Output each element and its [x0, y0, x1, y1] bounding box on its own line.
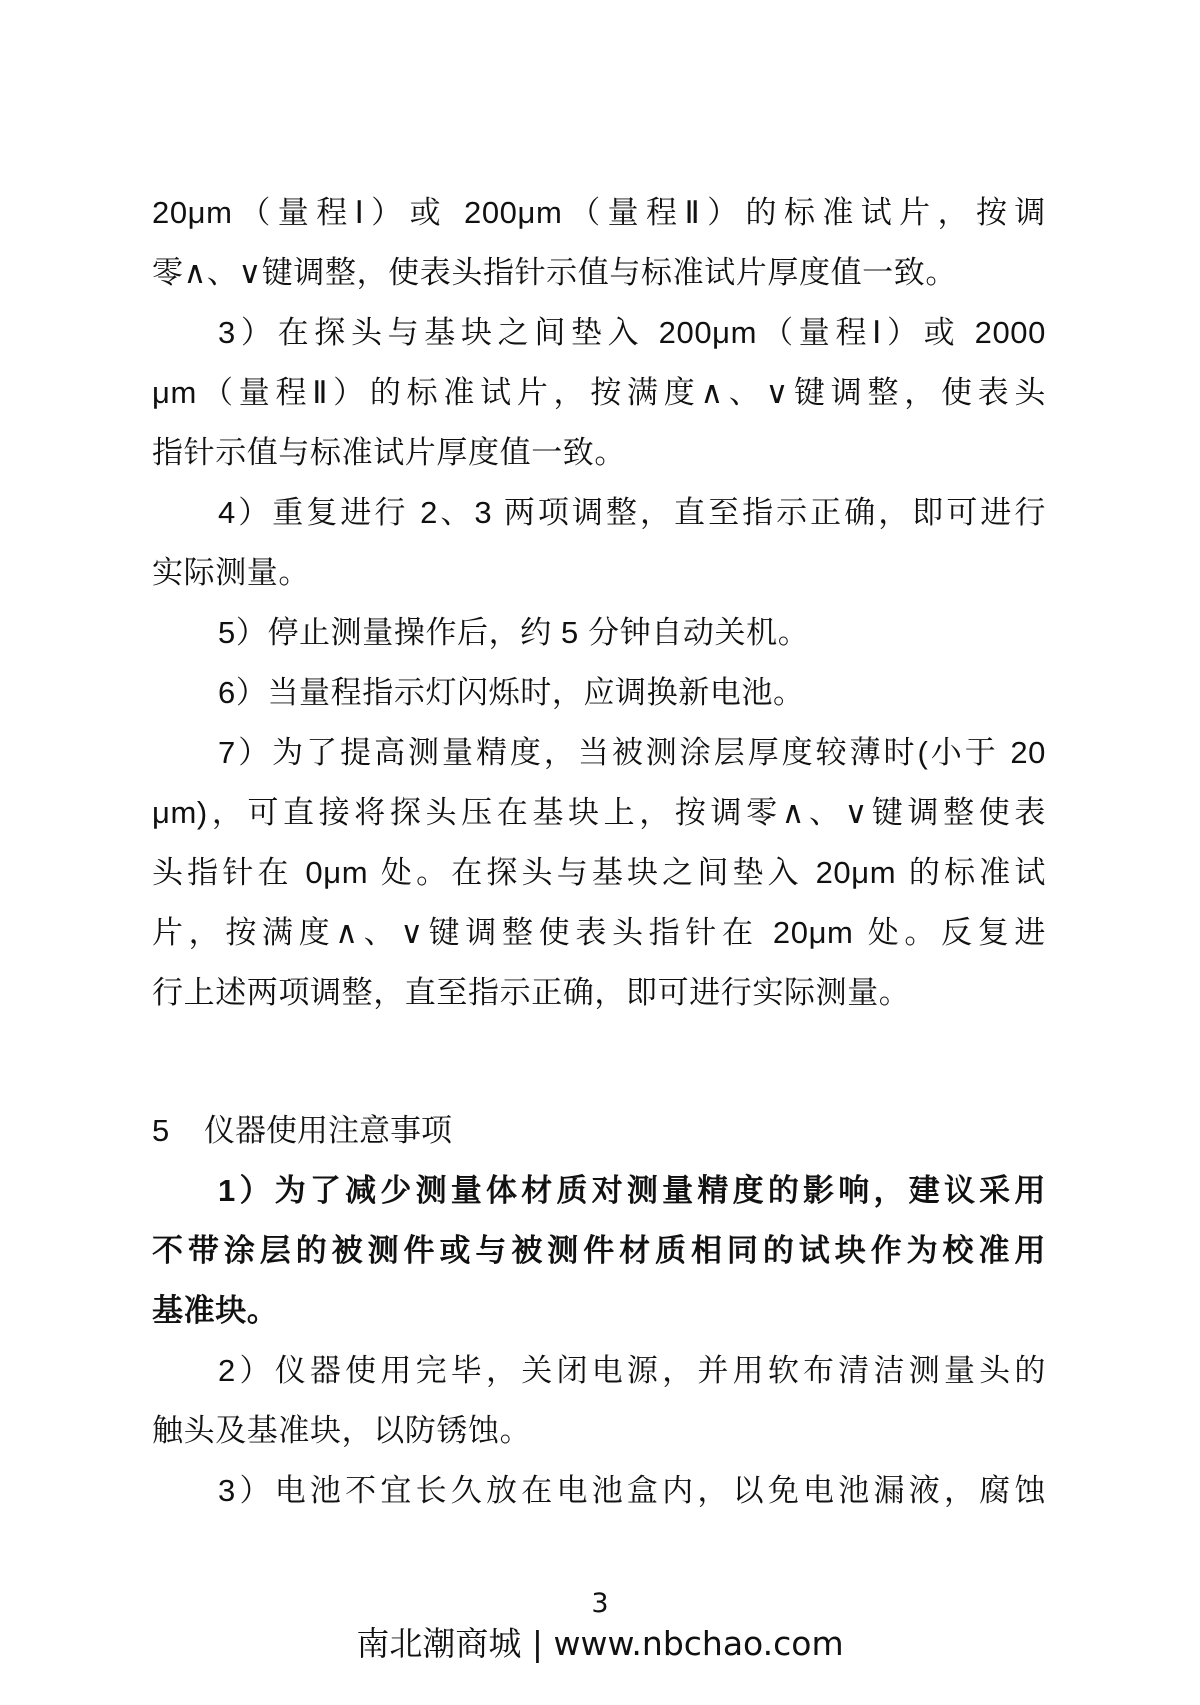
text-line: μm)，可直接将探头压在基块上，按调零∧、∨键调整使表 [152, 793, 1046, 833]
section-number: 5 [152, 1111, 204, 1151]
document-page: 20μm（量程Ⅰ）或 200μm（量程Ⅱ）的标准试片，按调零∧、∨键调整，使表头… [0, 0, 1200, 1705]
text-line: 1）为了减少测量体材质对测量精度的影响，建议采用 [218, 1171, 1046, 1211]
section-heading: 5仪器使用注意事项 [152, 1111, 452, 1151]
text-line: 零∧、∨键调整，使表头指针示值与标准试片厚度值一致。 [152, 253, 957, 293]
text-line: 行上述两项调整，直至指示正确，即可进行实际测量。 [152, 973, 910, 1013]
text-line: 基准块。 [152, 1291, 278, 1331]
text-line: 3）在探头与基块之间垫入 200μm（量程Ⅰ）或 2000 [218, 313, 1046, 353]
footer-brand-watermark: 南北潮商城 | www.nbchao.com [0, 1622, 1200, 1666]
text-line: 20μm（量程Ⅰ）或 200μm（量程Ⅱ）的标准试片，按调 [152, 193, 1046, 233]
text-line: 3）电池不宜长久放在电池盒内，以免电池漏液，腐蚀 [218, 1471, 1046, 1511]
text-line: 触头及基准块，以防锈蚀。 [152, 1411, 531, 1451]
text-line: 6）当量程指示灯闪烁时，应调换新电池。 [218, 673, 805, 713]
text-line: 4）重复进行 2、3 两项调整，直至指示正确，即可进行 [218, 493, 1046, 533]
text-line: 2）仪器使用完毕，关闭电源，并用软布清洁测量头的 [218, 1351, 1046, 1391]
section-title: 仪器使用注意事项 [204, 1113, 452, 1148]
page-number: 3 [0, 1588, 1200, 1620]
text-line: 7）为了提高测量精度，当被测涂层厚度较薄时(小于 20 [218, 733, 1046, 773]
text-line: μm（量程Ⅱ）的标准试片，按满度∧、∨键调整，使表头 [152, 373, 1046, 413]
text-line: 指针示值与标准试片厚度值一致。 [152, 433, 626, 473]
text-line: 5）停止测量操作后，约 5 分钟自动关机。 [218, 613, 809, 653]
text-line: 不带涂层的被测件或与被测件材质相同的试块作为校准用 [152, 1231, 1046, 1271]
text-line: 片，按满度∧、∨键调整使表头指针在 20μm 处。反复进 [152, 913, 1046, 953]
text-line: 头指针在 0μm 处。在探头与基块之间垫入 20μm 的标准试 [152, 853, 1046, 893]
text-line: 实际测量。 [152, 553, 310, 593]
